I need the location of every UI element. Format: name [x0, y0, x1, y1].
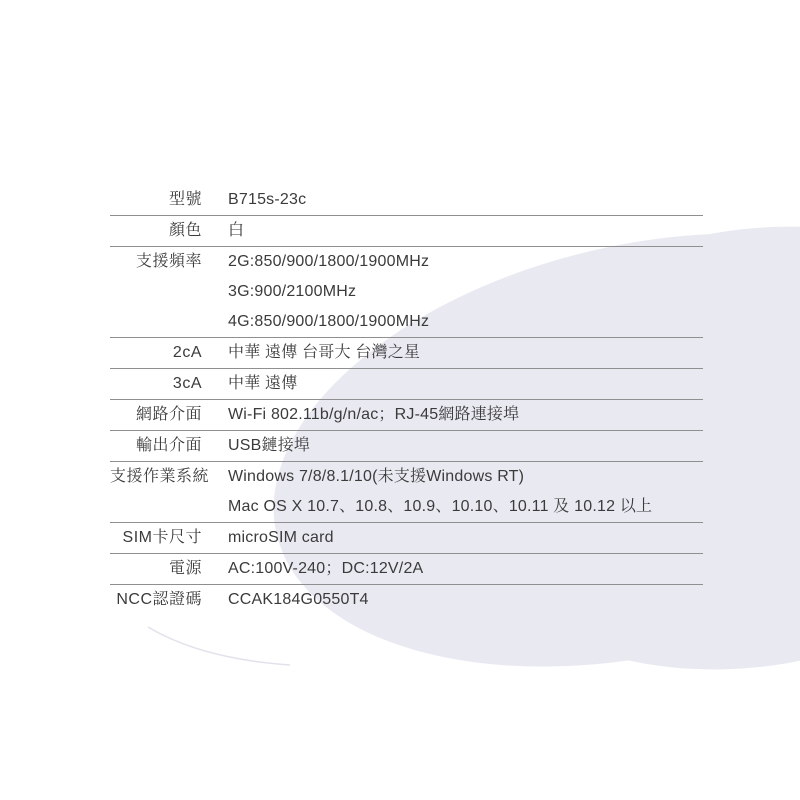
- spec-label: 顏色: [110, 216, 202, 246]
- spec-row-output-interface: 輸出介面 USB鏈接埠: [110, 431, 703, 462]
- spec-label: SIM卡尺寸: [110, 523, 202, 553]
- spec-row-ncc-id: NCC認證碼 CCAK184G0550T4: [110, 585, 703, 615]
- spec-value: AC:100V-240；DC:12V/2A: [228, 554, 703, 584]
- spec-value: Wi-Fi 802.11b/g/n/ac；RJ-45網路連接埠: [228, 400, 703, 430]
- spec-label: 電源: [110, 554, 202, 584]
- spec-table: 型號 B715s-23c 顏色 白 支援頻率 2G:850/900/1800/1…: [110, 185, 703, 615]
- swoosh-hairline-arc: [148, 627, 290, 665]
- product-spec-page: 型號 B715s-23c 顏色 白 支援頻率 2G:850/900/1800/1…: [0, 0, 800, 800]
- spec-label: 3cA: [110, 369, 202, 399]
- spec-row-frequency: 支援頻率 2G:850/900/1800/1900MHz 3G:900/2100…: [110, 247, 703, 338]
- spec-label: 支援頻率: [110, 247, 202, 277]
- spec-value: USB鏈接埠: [228, 431, 703, 461]
- spec-row-os-support: 支援作業系統 Windows 7/8/8.1/10(未支援Windows RT)…: [110, 462, 703, 523]
- spec-label: 2cA: [110, 338, 202, 368]
- spec-value: microSIM card: [228, 523, 703, 553]
- spec-value: B715s-23c: [228, 185, 703, 215]
- spec-value: 中華 遠傳: [228, 369, 703, 399]
- spec-value: CCAK184G0550T4: [228, 585, 703, 615]
- spec-label: 網路介面: [110, 400, 202, 430]
- spec-value: 2G:850/900/1800/1900MHz 3G:900/2100MHz 4…: [228, 247, 703, 337]
- spec-value: 中華 遠傳 台哥大 台灣之星: [228, 338, 703, 368]
- spec-row-power: 電源 AC:100V-240；DC:12V/2A: [110, 554, 703, 585]
- spec-row-2ca: 2cA 中華 遠傳 台哥大 台灣之星: [110, 338, 703, 369]
- spec-label: 支援作業系統: [110, 462, 202, 492]
- spec-value: Windows 7/8/8.1/10(未支援Windows RT) Mac OS…: [228, 462, 703, 522]
- spec-row-network-interface: 網路介面 Wi-Fi 802.11b/g/n/ac；RJ-45網路連接埠: [110, 400, 703, 431]
- spec-row-model: 型號 B715s-23c: [110, 185, 703, 216]
- spec-row-color: 顏色 白: [110, 216, 703, 247]
- spec-row-sim-size: SIM卡尺寸 microSIM card: [110, 523, 703, 554]
- spec-label: 輸出介面: [110, 431, 202, 461]
- spec-label: NCC認證碼: [110, 585, 202, 615]
- spec-label: 型號: [110, 185, 202, 215]
- spec-row-3ca: 3cA 中華 遠傳: [110, 369, 703, 400]
- spec-value: 白: [228, 216, 703, 246]
